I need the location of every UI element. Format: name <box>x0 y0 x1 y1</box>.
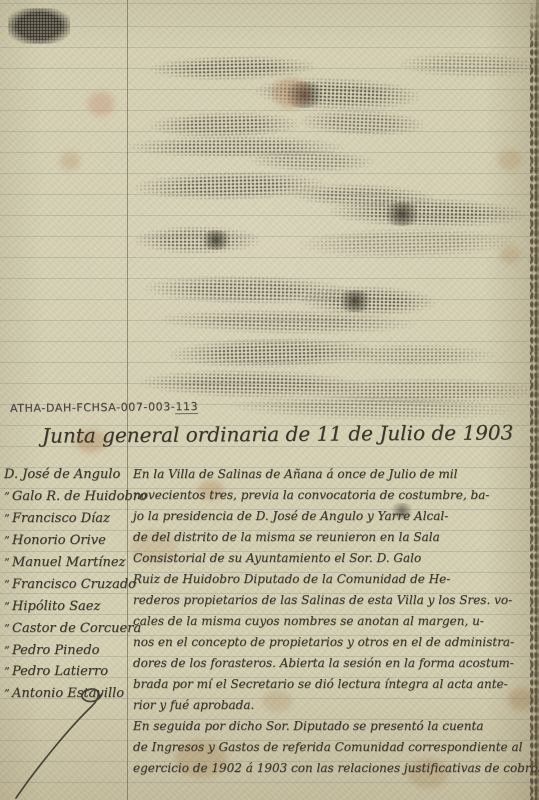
body-line: En la Villa de Salinas de Añana á once d… <box>133 467 537 488</box>
ink-smudge <box>160 308 415 336</box>
page-title: Junta general ordinaria de 11 de Julio d… <box>42 420 512 447</box>
ink-smudge <box>300 108 426 138</box>
ink-smudge <box>250 149 375 173</box>
ink-blot <box>198 230 234 250</box>
attendee-name: ”Castor de Corcuera <box>4 621 126 642</box>
ink-smudge <box>135 170 325 201</box>
body-line: Ruiz de Huidobro Diputado de la Comunida… <box>133 572 537 593</box>
reference-stamp: ATHA-DAH-FCHSA-007-003-113 <box>10 400 198 415</box>
ditto-mark: ” <box>4 687 12 700</box>
ink-smudge <box>330 196 525 229</box>
ink-smudge <box>150 55 315 82</box>
body-line: nos en el concepto de propietarios y otr… <box>133 635 537 656</box>
ditto-mark: ” <box>4 600 12 613</box>
body-line: cales de la misma cuyos nombres se anota… <box>133 614 537 635</box>
ditto-mark: ” <box>4 556 12 569</box>
ditto-mark: ” <box>4 622 12 635</box>
ink-smudge <box>145 274 350 306</box>
ink-smudge <box>230 394 515 423</box>
body-line: rederos propietarios de las Salinas de e… <box>133 593 537 614</box>
ditto-mark: ” <box>4 534 12 547</box>
ditto-mark: ” <box>4 578 12 591</box>
ink-blot <box>380 202 424 226</box>
ink-smudge <box>290 181 436 210</box>
ink-smudge <box>150 111 300 140</box>
ditto-mark: ” <box>4 665 12 678</box>
stain <box>498 150 522 170</box>
ink-smudge <box>135 226 260 254</box>
stain <box>500 246 520 264</box>
stain <box>88 92 114 116</box>
attendee-name: ”Galo R. de Huidobro <box>4 489 126 510</box>
attendee-name: ”Hipólito Saez <box>4 599 126 620</box>
ink-smudge <box>300 378 539 404</box>
body-line: novecientos tres, previa la convocatoria… <box>133 488 537 509</box>
ink-smudge <box>140 368 365 400</box>
ink-smudge <box>300 285 436 317</box>
body-line: de Ingresos y Gastos de referida Comunid… <box>133 740 537 761</box>
body-line: dores de los forasteros. Abierta la sesi… <box>133 656 537 677</box>
body-line: de del distrito de la misma se reunieron… <box>133 530 537 551</box>
attendee-name: ”Francisco Díaz <box>4 511 126 532</box>
corner-ink-mark <box>8 8 70 44</box>
reference-stamp-prefix: ATHA-DAH-FCHSA-007-003- <box>10 400 176 415</box>
body-line: Consistorial de su Ayuntamiento el Sor. … <box>133 551 537 572</box>
ditto-mark: ” <box>4 644 12 657</box>
ink-blot <box>280 82 328 108</box>
attendee-name: ”Antonio Estavillo <box>4 686 126 707</box>
ink-blot <box>335 290 375 312</box>
manuscript-page: ATHA-DAH-FCHSA-007-003-113 Junta general… <box>0 0 539 800</box>
ink-smudge <box>330 344 495 366</box>
attendee-name: ”Manuel Martínez <box>4 555 126 576</box>
attendee-name: ”Francisco Cruzado <box>4 577 126 598</box>
ink-smudge <box>254 75 420 113</box>
attendee-name: ”Honorio Orive <box>4 533 126 554</box>
stain <box>272 78 310 108</box>
stain <box>60 152 80 170</box>
reference-stamp-number: 113 <box>175 400 198 414</box>
ditto-mark: ” <box>4 490 12 503</box>
attendee-name: ”Pedro Pinedo <box>4 643 126 664</box>
body-line: brada por mí el Secretario se dió lectur… <box>133 677 537 698</box>
ditto-mark: ” <box>4 512 12 525</box>
body-line: jo la presidencia de D. José de Angulo y… <box>133 509 537 530</box>
ink-smudge <box>300 226 515 260</box>
attendee-name: ”Pedro Latierro <box>4 664 126 685</box>
ink-smudge <box>170 336 375 370</box>
body-line: egercicio de 1902 á 1903 con las relacio… <box>133 761 537 782</box>
body-line: En seguida por dicho Sor. Diputado se pr… <box>133 719 537 740</box>
ink-smudge <box>400 51 539 79</box>
attendee-name: D. José de Angulo <box>4 467 126 488</box>
body-line: rior y fué aprobada. <box>133 698 537 719</box>
ink-smudge <box>128 136 343 158</box>
